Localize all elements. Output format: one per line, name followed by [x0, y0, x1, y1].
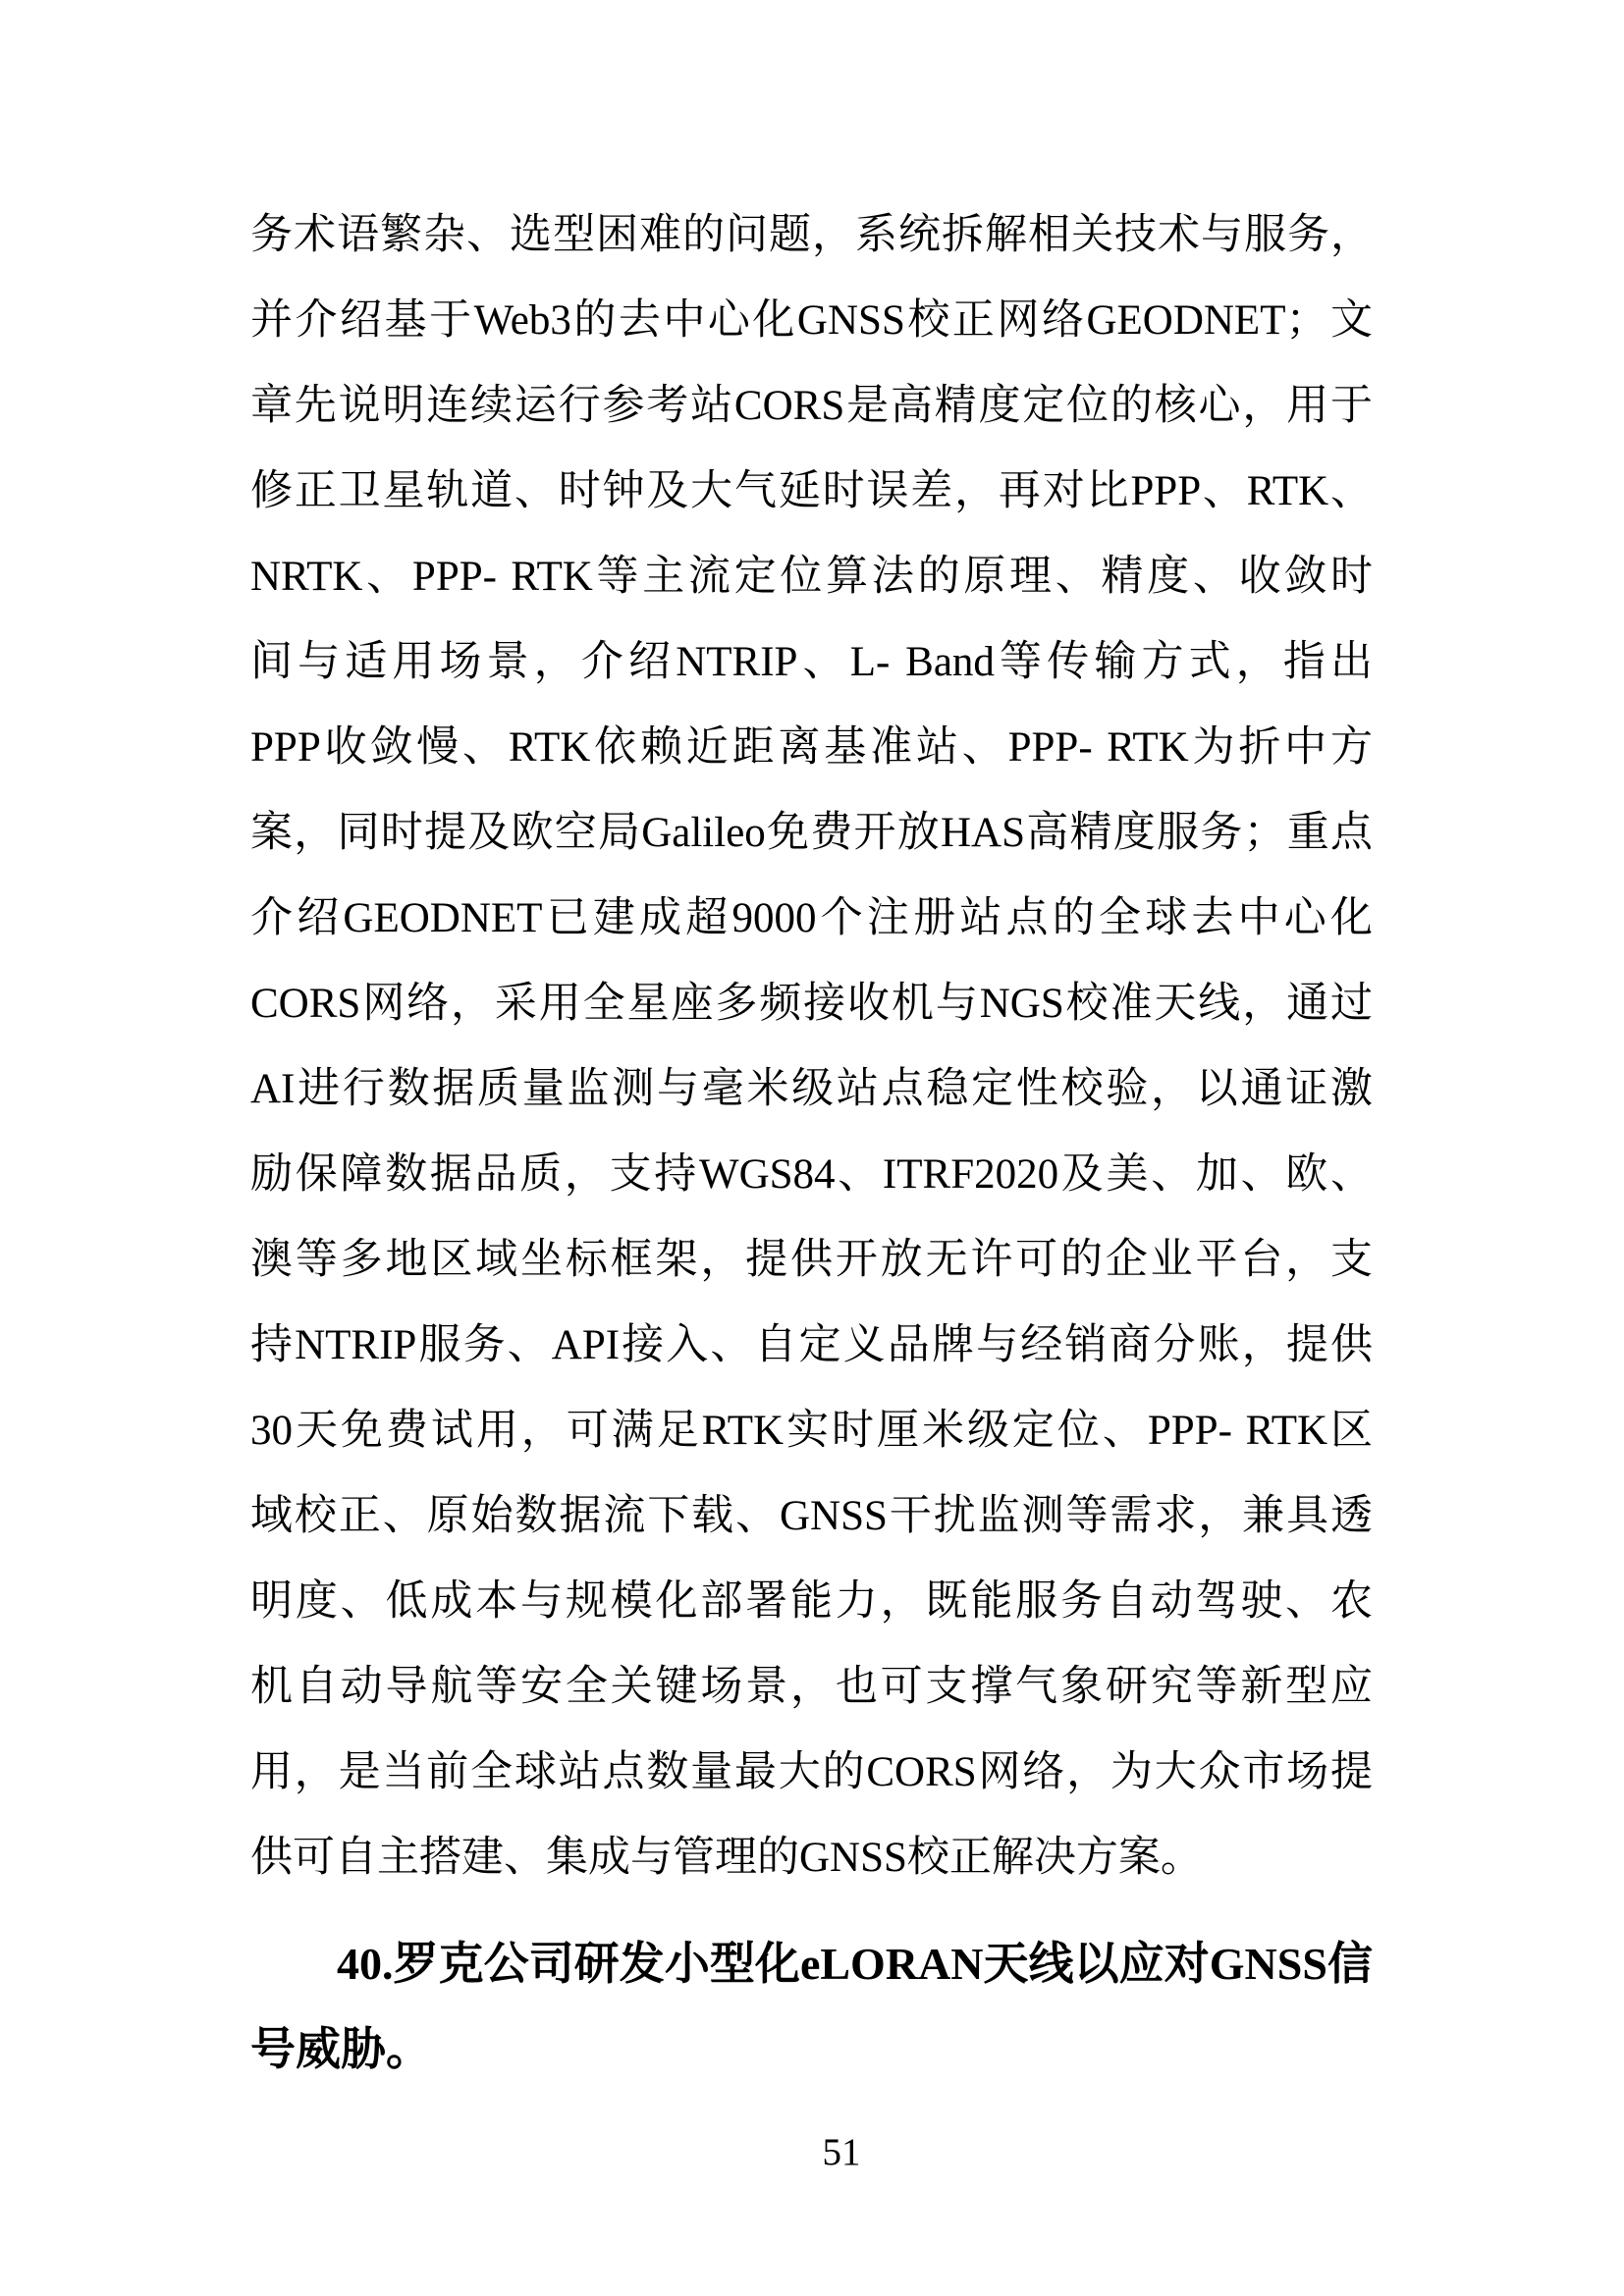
body-line: 明度、低成本与规模化部署能力，既能服务自动驾驶、农: [250, 1559, 1373, 1644]
body-line: 30天免费试用，可满足RTK实时厘米级定位、PPP- RTK区: [250, 1388, 1373, 1473]
body-line: 供可自主搭建、集成与管理的GNSS校正解决方案。: [250, 1815, 1373, 1900]
page-number: 51: [823, 2130, 861, 2175]
document-page: 务术语繁杂、选型困难的问题，系统拆解相关技术与服务， 并介绍基于Web3的去中心…: [0, 0, 1624, 2296]
body-line: 用，是当前全球站点数量最大的CORS网络，为大众市场提: [250, 1730, 1373, 1815]
body-line: AI进行数据质量监测与毫米级站点稳定性校验，以通证激: [250, 1046, 1373, 1132]
body-line: 间与适用场景，介绍NTRIP、L- Band等传输方式，指出: [250, 619, 1373, 705]
body-line: PPP收敛慢、RTK依赖近距离基准站、PPP- RTK为折中方: [250, 705, 1373, 790]
section-heading: 40.罗克公司研发小型化eLORAN天线以应对GNSS信 号威胁。: [250, 1921, 1373, 2092]
body-line: 案，同时提及欧空局Galileo免费开放HAS高精度服务；重点: [250, 790, 1373, 876]
body-line: 修正卫星轨道、时钟及大气延时误差，再对比PPP、RTK、: [250, 449, 1373, 534]
body-line: NRTK、PPP- RTK等主流定位算法的原理、精度、收敛时: [250, 534, 1373, 619]
body-line: 介绍GEODNET已建成超9000个注册站点的全球去中心化: [250, 876, 1373, 961]
body-line: 励保障数据品质，支持WGS84、ITRF2020及美、加、欧、: [250, 1132, 1373, 1217]
body-line: CORS网络，采用全星座多频接收机与NGS校准天线，通过: [250, 961, 1373, 1046]
body-line: 务术语繁杂、选型困难的问题，系统拆解相关技术与服务，: [250, 192, 1373, 278]
body-line: 持NTRIP服务、API接入、自定义品牌与经销商分账，提供: [250, 1303, 1373, 1388]
body-paragraph: 务术语繁杂、选型困难的问题，系统拆解相关技术与服务， 并介绍基于Web3的去中心…: [250, 192, 1373, 1900]
body-line: 章先说明连续运行参考站CORS是高精度定位的核心，用于: [250, 363, 1373, 449]
body-line: 并介绍基于Web3的去中心化GNSS校正网络GEODNET；文: [250, 278, 1373, 363]
body-line: 澳等多地区域坐标框架，提供开放无许可的企业平台，支: [250, 1217, 1373, 1303]
heading-line: 号威胁。: [250, 2006, 1373, 2092]
body-line: 机自动导航等安全关键场景，也可支撑气象研究等新型应: [250, 1644, 1373, 1730]
heading-line: 40.罗克公司研发小型化eLORAN天线以应对GNSS信: [250, 1921, 1373, 2006]
body-line: 域校正、原始数据流下载、GNSS干扰监测等需求，兼具透: [250, 1473, 1373, 1559]
